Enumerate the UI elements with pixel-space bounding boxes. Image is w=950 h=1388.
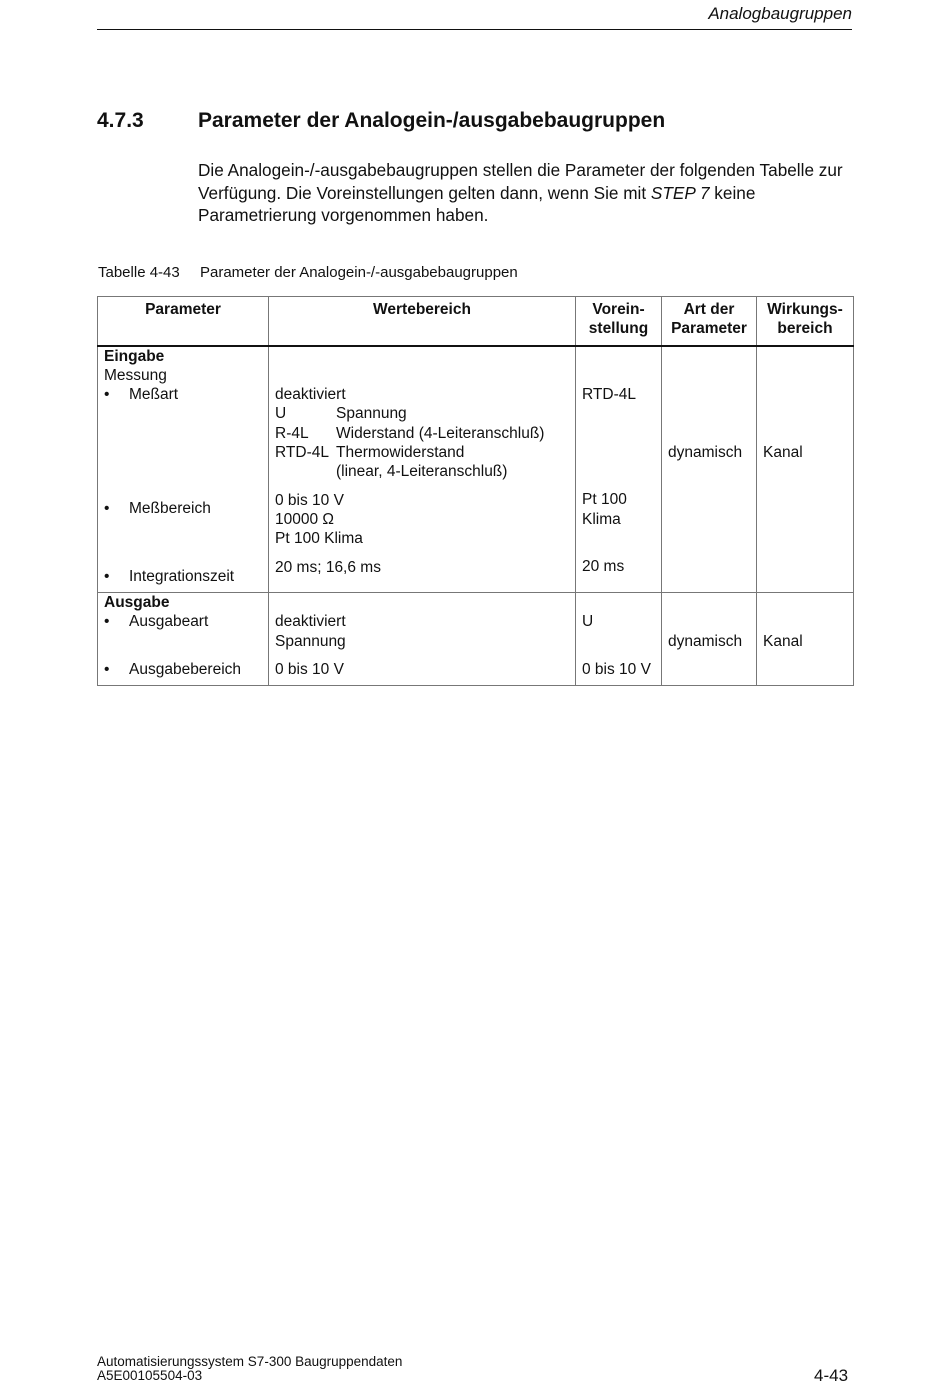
value-line: 0 bis 10 V [275, 491, 569, 510]
param-messart: •Meßart [104, 385, 262, 404]
table-row-eingabe: Eingabe Messung •Meßart •Meßbereich •Int… [98, 346, 854, 593]
intro-italic: STEP 7 [651, 183, 710, 203]
value-line: 0 bis 10 V [275, 660, 569, 679]
value-line: R-4LWiderstand (4-Leiteranschluß) [275, 424, 569, 443]
default-value: 20 ms [582, 557, 655, 576]
value-line: (linear, 4-Leiteranschluß) [275, 462, 569, 481]
bullet-icon: • [104, 660, 129, 679]
section-number: 4.7.3 [97, 109, 144, 133]
cell-wertebereich: deaktiviert Spannung 0 bis 10 V [269, 593, 576, 686]
page-number: 4-43 [814, 1366, 848, 1386]
caption-title: Parameter der Analogein-/-ausgabebaugrup… [200, 264, 518, 281]
parameter-table: Parameter Wertebereich Vorein-stellung A… [97, 296, 854, 686]
cell-art: dynamisch [662, 346, 757, 593]
bullet-icon: • [104, 385, 129, 404]
value-line: RTD-4LThermowiderstand [275, 443, 569, 462]
table-header-row: Parameter Wertebereich Vorein-stellung A… [98, 297, 854, 346]
header-rule [97, 29, 852, 30]
bullet-icon: • [104, 499, 129, 518]
section-title: Parameter der Analogein-/ausgabebaugrupp… [198, 109, 665, 133]
header-wertebereich: Wertebereich [269, 297, 576, 346]
value-line: 10000 Ω [275, 510, 569, 529]
value-line: deaktiviert [275, 612, 569, 631]
footer-info: Automatisierungssystem S7-300 Baugruppen… [97, 1355, 402, 1383]
default-value: 0 bis 10 V [582, 660, 655, 679]
cell-parameter: Ausgabe •Ausgabeart •Ausgabebereich [98, 593, 269, 686]
cell-wertebereich: deaktiviert USpannung R-4LWiderstand (4-… [269, 346, 576, 593]
default-value: RTD-4L [582, 385, 655, 404]
header-parameter: Parameter [98, 297, 269, 346]
art-value: dynamisch [668, 632, 750, 651]
param-integrationszeit: •Integrationszeit [104, 567, 262, 586]
cell-wirkungsbereich: Kanal [757, 346, 854, 593]
value-line: Spannung [275, 632, 569, 651]
group-title: Ausgabe [104, 593, 262, 612]
cell-wirkungsbereich: Kanal [757, 593, 854, 686]
value-line: USpannung [275, 404, 569, 423]
group-title: Eingabe [104, 347, 262, 366]
cell-art: dynamisch [662, 593, 757, 686]
header-voreinstellung: Vorein-stellung [576, 297, 662, 346]
value-line: Pt 100 Klima [275, 529, 569, 548]
bullet-icon: • [104, 612, 129, 631]
default-value: Klima [582, 510, 655, 529]
table-row-ausgabe: Ausgabe •Ausgabeart •Ausgabebereich deak… [98, 593, 854, 686]
default-value: U [582, 612, 655, 631]
footer-order-number: A5E00105504-03 [97, 1369, 402, 1383]
running-head: Analogbaugruppen [97, 4, 852, 24]
header-wirkungsbereich: Wirkungs-bereich [757, 297, 854, 346]
footer-title: Automatisierungssystem S7-300 Baugruppen… [97, 1355, 402, 1369]
wirkungsbereich-value: Kanal [763, 443, 847, 462]
header-art: Art derParameter [662, 297, 757, 346]
default-value: Pt 100 [582, 490, 655, 509]
table-caption: Tabelle 4-43Parameter der Analogein-/-au… [98, 264, 518, 281]
caption-number: Tabelle 4-43 [98, 264, 200, 281]
param-ausgabeart: •Ausgabeart [104, 612, 262, 631]
bullet-icon: • [104, 567, 129, 586]
wirkungsbereich-value: Kanal [763, 632, 847, 651]
param-ausgabebereich: •Ausgabebereich [104, 660, 262, 679]
value-line: deaktiviert [275, 385, 569, 404]
value-line: 20 ms; 16,6 ms [275, 558, 569, 577]
cell-voreinstellung: U 0 bis 10 V [576, 593, 662, 686]
group-subtitle: Messung [104, 366, 262, 385]
intro-paragraph: Die Analogein-/-ausgabebaugruppen stelle… [198, 159, 853, 227]
cell-voreinstellung: RTD-4L Pt 100 Klima 20 ms [576, 346, 662, 593]
art-value: dynamisch [668, 443, 750, 462]
cell-parameter: Eingabe Messung •Meßart •Meßbereich •Int… [98, 346, 269, 593]
param-messbereich: •Meßbereich [104, 499, 262, 518]
